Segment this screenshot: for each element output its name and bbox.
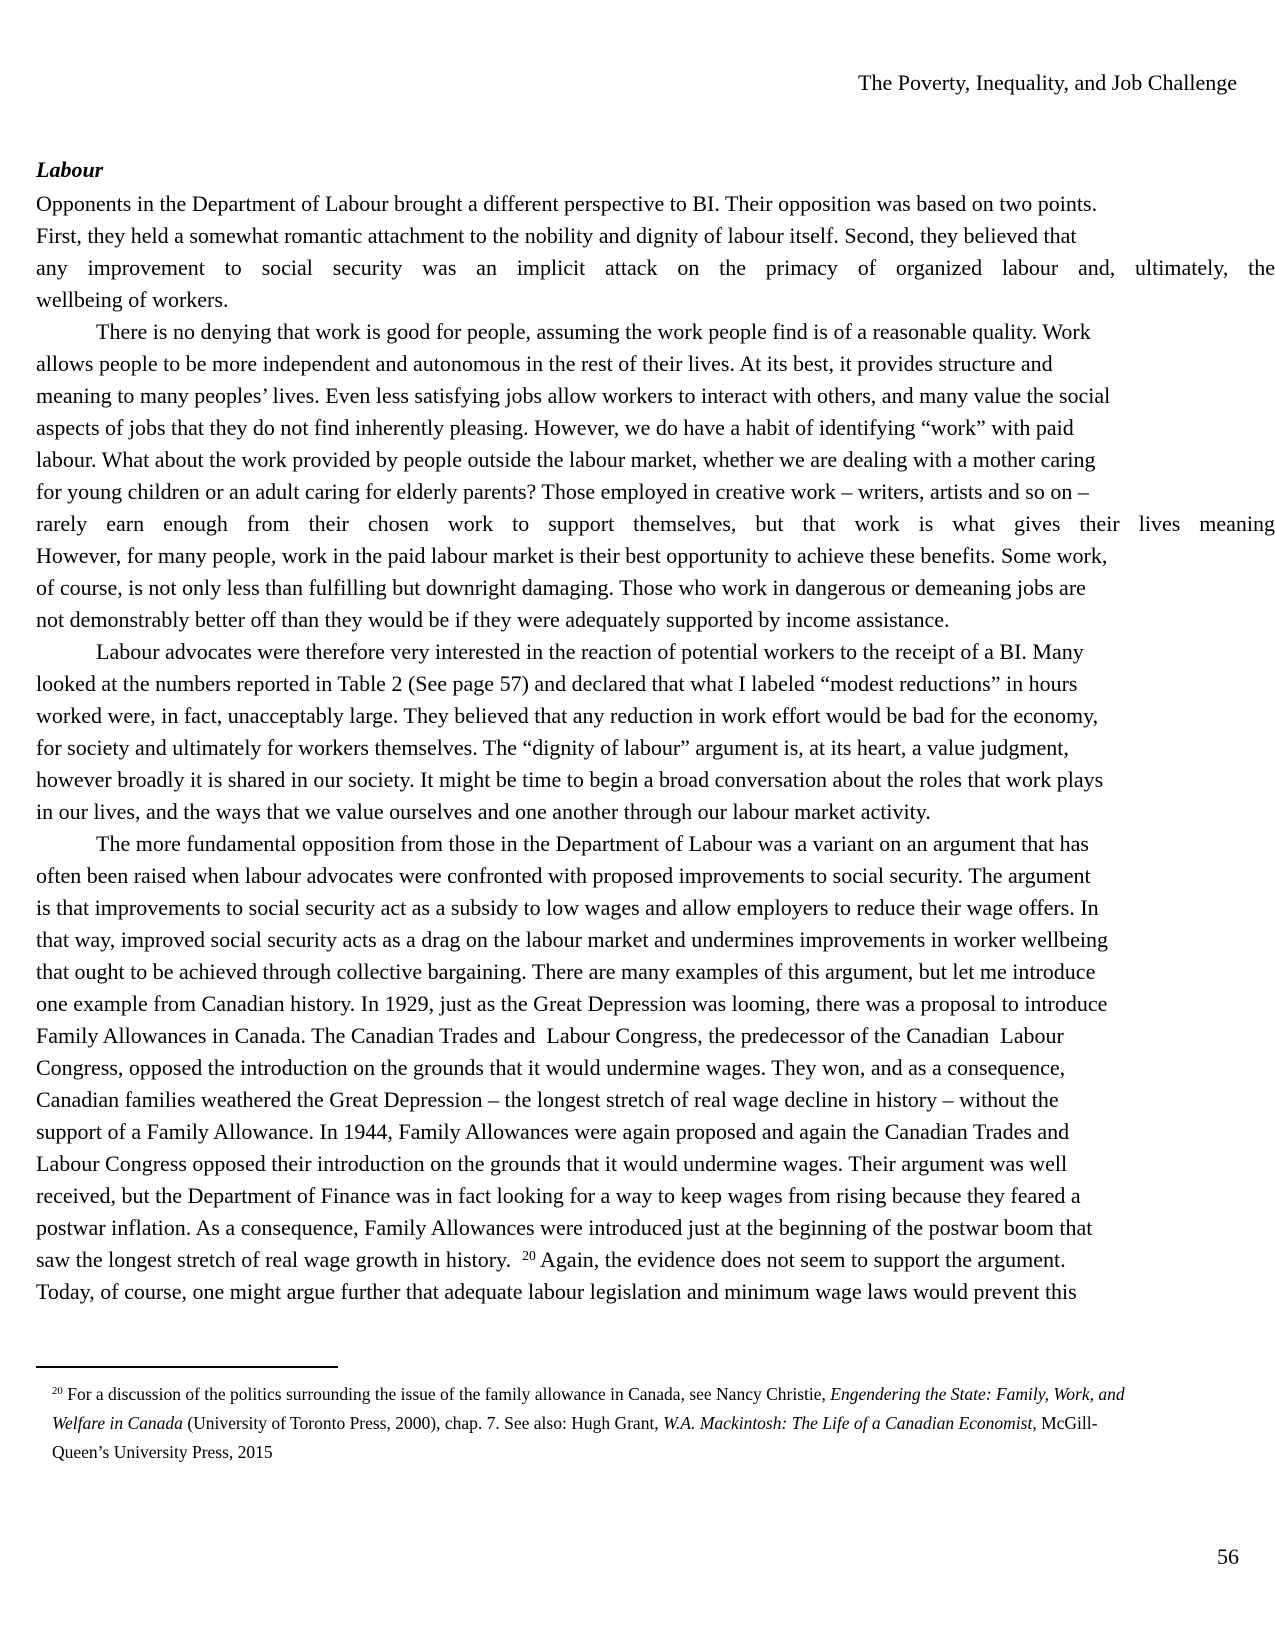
paragraph: There is no denying that work is good fo… — [36, 316, 1196, 636]
text-line: Opponents in the Department of Labour br… — [36, 188, 1196, 220]
text-line: meaning to many peoples’ lives. Even les… — [36, 380, 1196, 412]
text-line: There is no denying that work is good fo… — [36, 316, 1196, 348]
text-line: in our lives, and the ways that we value… — [36, 796, 1196, 828]
italic-text: W.A. Mackintosh: The Life of a Canadian … — [663, 1413, 1032, 1433]
running-header: The Poverty, Inequality, and Job Challen… — [858, 70, 1237, 96]
paragraph: Opponents in the Department of Labour br… — [36, 188, 1196, 316]
text-line: any improvement to social security was a… — [36, 252, 1275, 284]
paragraph: Labour advocates were therefore very int… — [36, 636, 1196, 828]
body-paragraphs: Opponents in the Department of Labour br… — [36, 188, 1196, 1308]
footnote: 20 For a discussion of the politics surr… — [52, 1380, 1202, 1467]
footnote-separator — [36, 1366, 338, 1368]
text-line: often been raised when labour advocates … — [36, 860, 1196, 892]
document-page: The Poverty, Inequality, and Job Challen… — [0, 0, 1275, 1650]
text-line: however broadly it is shared in our soci… — [36, 764, 1196, 796]
page-number: 56 — [1217, 1544, 1239, 1570]
text-line: saw the longest stretch of real wage gro… — [36, 1244, 1196, 1276]
text-line: one example from Canadian history. In 19… — [36, 988, 1196, 1020]
text-line: looked at the numbers reported in Table … — [36, 668, 1196, 700]
text-line: that way, improved social security acts … — [36, 924, 1196, 956]
text-line: that ought to be achieved through collec… — [36, 956, 1196, 988]
text-line: Congress, opposed the introduction on th… — [36, 1052, 1196, 1084]
text-line: wellbeing of workers. — [36, 284, 1196, 316]
italic-text: Welfare in Canada — [52, 1413, 183, 1433]
footnote-ref: 20 — [52, 1385, 63, 1397]
text-line: However, for many people, work in the pa… — [36, 540, 1196, 572]
text-line: First, they held a somewhat romantic att… — [36, 220, 1196, 252]
text-line: Today, of course, one might argue furthe… — [36, 1276, 1196, 1308]
footnote-ref: 20 — [522, 1248, 536, 1263]
text-line: postwar inflation. As a consequence, Fam… — [36, 1212, 1196, 1244]
text-line: rarely earn enough from their chosen wor… — [36, 508, 1275, 540]
text-line: Labour Congress opposed their introducti… — [36, 1148, 1196, 1180]
text-line: 20 For a discussion of the politics surr… — [52, 1380, 1202, 1409]
text-line: Welfare in Canada (University of Toronto… — [52, 1409, 1202, 1438]
text-line: aspects of jobs that they do not find in… — [36, 412, 1196, 444]
text-line: allows people to be more independent and… — [36, 348, 1196, 380]
text-line: Queen’s University Press, 2015 — [52, 1438, 1202, 1467]
paragraph: The more fundamental opposition from tho… — [36, 828, 1196, 1308]
text-line: Family Allowances in Canada. The Canadia… — [36, 1020, 1196, 1052]
text-line: Canadian families weathered the Great De… — [36, 1084, 1196, 1116]
text-line: is that improvements to social security … — [36, 892, 1196, 924]
text-line: The more fundamental opposition from tho… — [36, 828, 1196, 860]
text-line: received, but the Department of Finance … — [36, 1180, 1196, 1212]
text-line: worked were, in fact, unacceptably large… — [36, 700, 1196, 732]
text-line: of course, is not only less than fulfill… — [36, 572, 1196, 604]
page-content: Labour Opponents in the Department of La… — [36, 152, 1196, 1308]
italic-text: Engendering the State: Family, Work, and — [830, 1384, 1124, 1404]
section-heading: Labour — [36, 152, 1196, 188]
text-line: support of a Family Allowance. In 1944, … — [36, 1116, 1196, 1148]
text-line: Labour advocates were therefore very int… — [36, 636, 1196, 668]
text-line: for society and ultimately for workers t… — [36, 732, 1196, 764]
text-line: for young children or an adult caring fo… — [36, 476, 1196, 508]
text-line: labour. What about the work provided by … — [36, 444, 1196, 476]
text-line: not demonstrably better off than they wo… — [36, 604, 1196, 636]
